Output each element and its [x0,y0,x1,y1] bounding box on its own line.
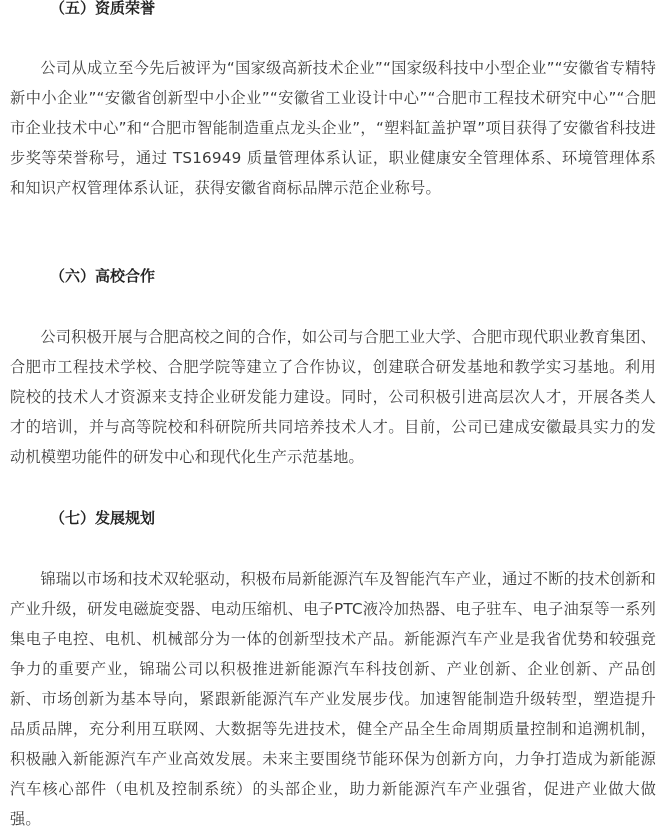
section-paragraph-qualifications: 公司从成立至今先后被评为“国家级高新技术企业”“国家级科技中小型企业”“安徽省专… [10,53,656,203]
section-paragraph-university-cooperation: 公司积极开展与合肥高校之间的合作，如公司与合肥工业大学、合肥市现代职业教育集团、… [10,322,656,472]
section-heading-university-cooperation: （六）高校合作 [10,266,155,286]
section-paragraph-development-plan: 锦瑞以市场和技术双轮驱动，积极布局新能源汽车及智能汽车产业，通过不断的技术创新和… [10,564,656,830]
section-heading-development-plan: （七）发展规划 [10,508,155,528]
section-heading-qualifications: （五）资质荣誉 [10,0,155,18]
